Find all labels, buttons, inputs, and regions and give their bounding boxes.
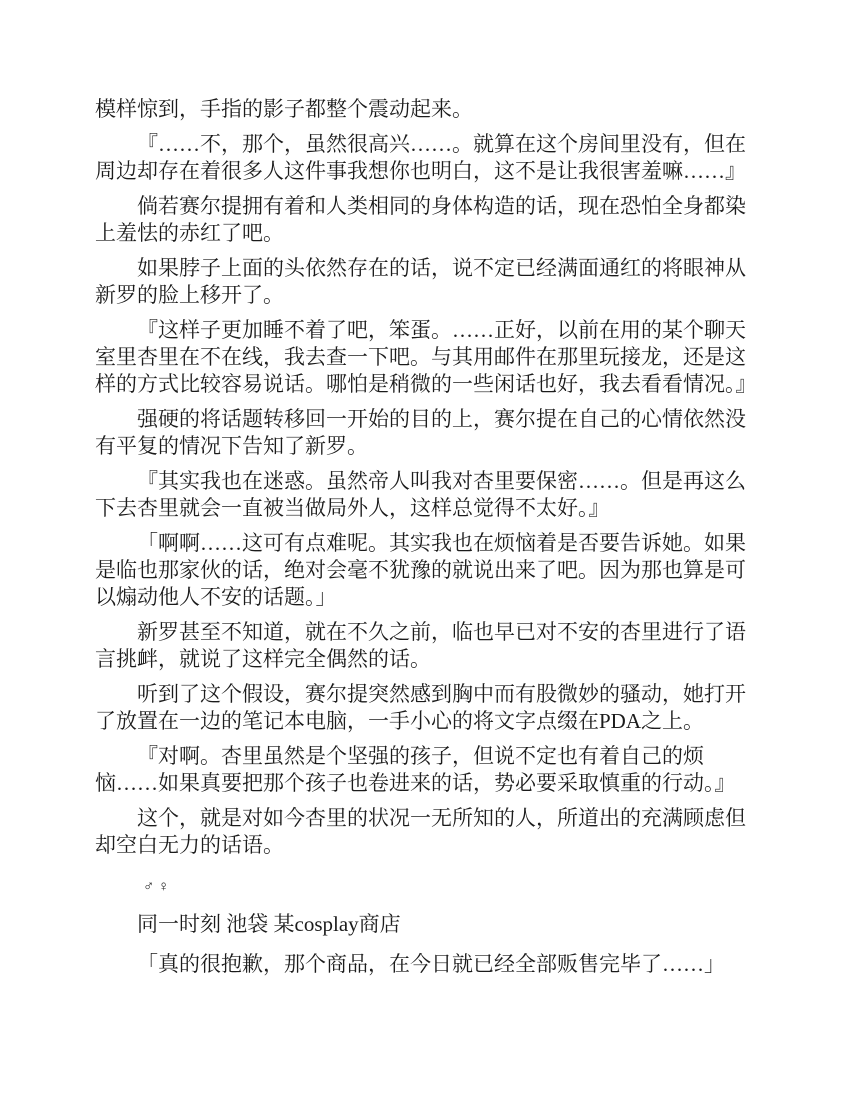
paragraph: 『其实我也在迷惑。虽然帝人叫我对杏里要保密……。但是再这么下去杏里就会一直被当做… <box>95 468 759 522</box>
paragraph-continuation: 模样惊到，手指的影子都整个震动起来。 <box>95 96 759 123</box>
paragraph: 「啊啊……这可有点难呢。其实我也在烦恼着是否要告诉她。如果是临也那家伙的话，绝对… <box>95 530 759 611</box>
paragraph: 新罗甚至不知道，就在不久之前，临也早已对不安的杏里进行了语言挑衅，就说了这样完全… <box>95 619 759 673</box>
paragraph: 这个，就是对如今杏里的状况一无所知的人，所道出的充满顾虑但却空白无力的话语。 <box>95 805 759 859</box>
novel-page: 模样惊到，手指的影子都整个震动起来。『……不，那个，虽然很高兴……。就算在这个房… <box>0 0 850 1100</box>
paragraph: 「真的很抱歉，那个商品，在今日就已经全部贩售完毕了……」 <box>95 951 759 978</box>
paragraph: 听到了这个假设，赛尔提突然感到胸中而有股微妙的骚动，她打开了放置在一边的笔记本电… <box>95 681 759 735</box>
scene-heading: 同一时刻 池袋 某cosplay商店 <box>95 911 759 938</box>
paragraph: 『对啊。杏里虽然是个坚强的孩子，但说不定也有着自己的烦恼……如果真要把那个孩子也… <box>95 743 759 797</box>
paragraph: 如果脖子上面的头依然存在的话，说不定已经满面通红的将眼神从新罗的脸上移开了。 <box>95 255 759 309</box>
section-divider-gender-symbols: ♂ ♀ <box>95 877 759 897</box>
paragraph: 『这样子更加睡不着了吧，笨蛋。……正好，以前在用的某个聊天室里杏里在不在线，我去… <box>95 317 759 398</box>
paragraph: 『……不，那个，虽然很高兴……。就算在这个房间里没有，但在周边却存在着很多人这件… <box>95 131 759 185</box>
paragraph: 倘若赛尔提拥有着和人类相同的身体构造的话，现在恐怕全身都染上羞怯的赤红了吧。 <box>95 193 759 247</box>
paragraph: 强硬的将话题转移回一开始的目的上，赛尔提在自己的心情依然没有平复的情况下告知了新… <box>95 406 759 460</box>
page-text-block: 模样惊到，手指的影子都整个震动起来。『……不，那个，虽然很高兴……。就算在这个房… <box>95 96 759 986</box>
